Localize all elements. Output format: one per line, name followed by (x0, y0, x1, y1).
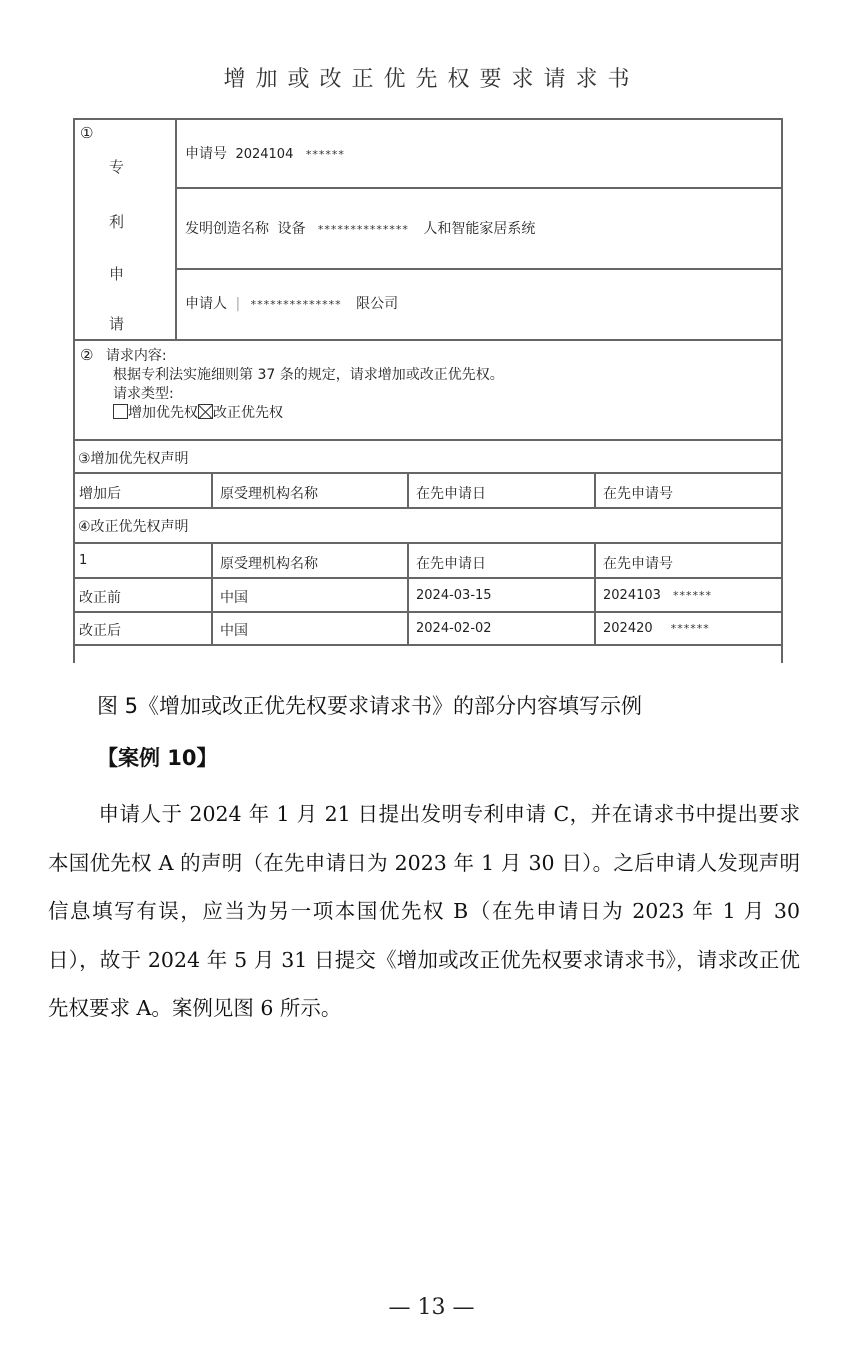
section1-divider (175, 118, 177, 339)
row-divider (73, 439, 783, 441)
request-content-heading: 请求内容: (106, 348, 167, 364)
application-number-mask: ****** (306, 148, 345, 161)
applicant-field: 申请人 | ************** 限公司 (185, 293, 398, 313)
row-divider (73, 577, 783, 579)
application-number-field: 申请号 2024104 ****** (185, 143, 345, 163)
correct-col-index: 1 (79, 553, 87, 568)
table-border-right (781, 118, 783, 663)
number-mask: ****** (671, 622, 710, 635)
side-label-char: 专 (109, 156, 124, 177)
applicant-suffix: 限公司 (356, 296, 398, 312)
add-col-label: 增加后 (79, 483, 121, 503)
invention-name-suffix: 人和智能家居系统 (423, 221, 535, 237)
before-correction-date: 2024-03-15 (416, 588, 492, 603)
form-title: 增加或改正优先权要求请求书 (0, 62, 863, 93)
col-divider (407, 472, 409, 507)
invention-name-label: 发明创造名称 (185, 221, 269, 237)
col-divider (211, 472, 213, 507)
add-priority-heading: ③增加优先权声明 (78, 448, 189, 468)
number-prefix: 2024103 (603, 588, 661, 603)
correct-priority-checkbox[interactable] (198, 404, 213, 419)
invention-name-field: 发明创造名称 设备 ************** 人和智能家居系统 (185, 218, 535, 238)
before-correction-office: 中国 (220, 587, 248, 607)
row-divider (73, 339, 783, 341)
request-basis: 根据专利法实施细则第 37 条的规定，请求增加或改正优先权。 (80, 366, 504, 385)
applicant-label: 申请人 (185, 296, 227, 312)
col-divider (407, 542, 409, 646)
add-col-number: 在先申请号 (603, 483, 673, 503)
row-divider (175, 268, 783, 270)
before-correction-number: 2024103 ****** (603, 588, 712, 603)
correct-priority-label: 改正优先权 (213, 405, 283, 421)
row-divider (73, 507, 783, 509)
table-border-top (73, 118, 783, 120)
side-label-char: 申 (109, 263, 124, 284)
correct-col-date: 在先申请日 (416, 553, 486, 573)
side-label-char: 利 (109, 211, 124, 232)
case-description-text: 申请人于 2024 年 1 月 21 日提出发明专利申请 C，并在请求书中提出要… (48, 802, 800, 1020)
invention-name-prefix: 设备 (277, 221, 305, 237)
application-number-value: 2024104 (235, 147, 293, 162)
applicant-mask: ************** (251, 298, 342, 311)
after-correction-date: 2024-02-02 (416, 621, 492, 636)
side-label-char: 请 (109, 313, 124, 334)
invention-name-mask: ************** (318, 223, 409, 236)
request-type-options: 增加优先权改正优先权 (80, 404, 504, 423)
add-col-office: 原受理机构名称 (220, 483, 318, 503)
page-number: — 13 — (0, 1295, 863, 1320)
add-priority-label: 增加优先权 (128, 405, 198, 421)
after-correction-number: 202420 ****** (603, 621, 710, 636)
number-mask: ****** (673, 589, 712, 602)
application-number-label: 申请号 (185, 146, 227, 162)
row-divider (73, 542, 783, 544)
number-prefix: 202420 (603, 621, 653, 636)
request-type-label: 请求类型: (80, 385, 504, 404)
col-divider (211, 542, 213, 646)
figure-caption: 图 5《增加或改正优先权要求请求书》的部分内容填写示例 (97, 690, 642, 720)
col-divider (594, 542, 596, 646)
section2-marker: ② (80, 346, 93, 364)
row-divider (73, 644, 783, 646)
before-correction-label: 改正前 (79, 587, 121, 607)
after-correction-office: 中国 (220, 620, 248, 640)
priority-request-form: ① 专 利 申 请 申请号 2024104 ****** 发明创造名称 设备 *… (73, 118, 783, 663)
case-description: 申请人于 2024 年 1 月 21 日提出发明专利申请 C，并在请求书中提出要… (48, 790, 800, 1033)
case-title: 【案例 10】 (97, 742, 218, 772)
after-correction-label: 改正后 (79, 620, 121, 640)
add-col-date: 在先申请日 (416, 483, 486, 503)
add-priority-checkbox[interactable] (113, 404, 128, 419)
correct-col-office: 原受理机构名称 (220, 553, 318, 573)
row-divider (73, 472, 783, 474)
row-divider (73, 611, 783, 613)
section1-marker: ① (80, 124, 93, 142)
correct-priority-heading: ④改正优先权声明 (78, 516, 189, 536)
request-content-section: ② 请求内容: 根据专利法实施细则第 37 条的规定，请求增加或改正优先权。 请… (80, 346, 504, 423)
table-border-left (73, 118, 75, 663)
row-divider (175, 187, 783, 189)
text-cursor: | (235, 296, 240, 312)
correct-col-number: 在先申请号 (603, 553, 673, 573)
col-divider (594, 472, 596, 507)
